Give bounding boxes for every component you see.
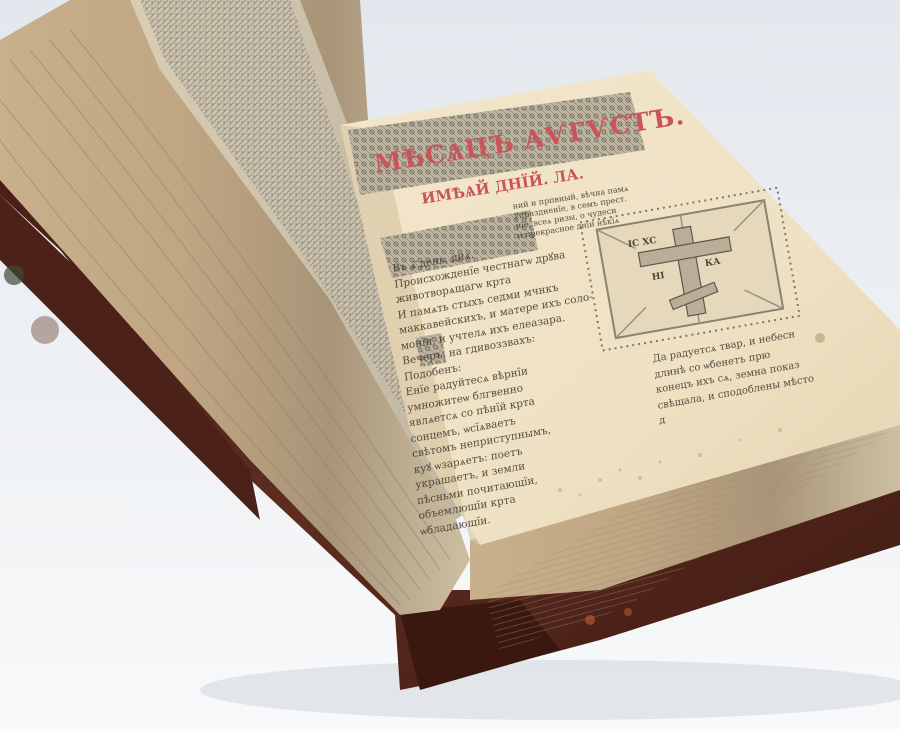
photo-scene: МѢСѦЦЪ АѴГѴСТЪ. ИМѢѦЙ ДНЇЙ. ЛА. ний и пр… [0,0,900,729]
cross-inscription-left: НІ [651,271,665,283]
left-column-text: Въ ѧ҃ день, днѧ. Происхожденїе честнагѡ … [392,228,615,540]
